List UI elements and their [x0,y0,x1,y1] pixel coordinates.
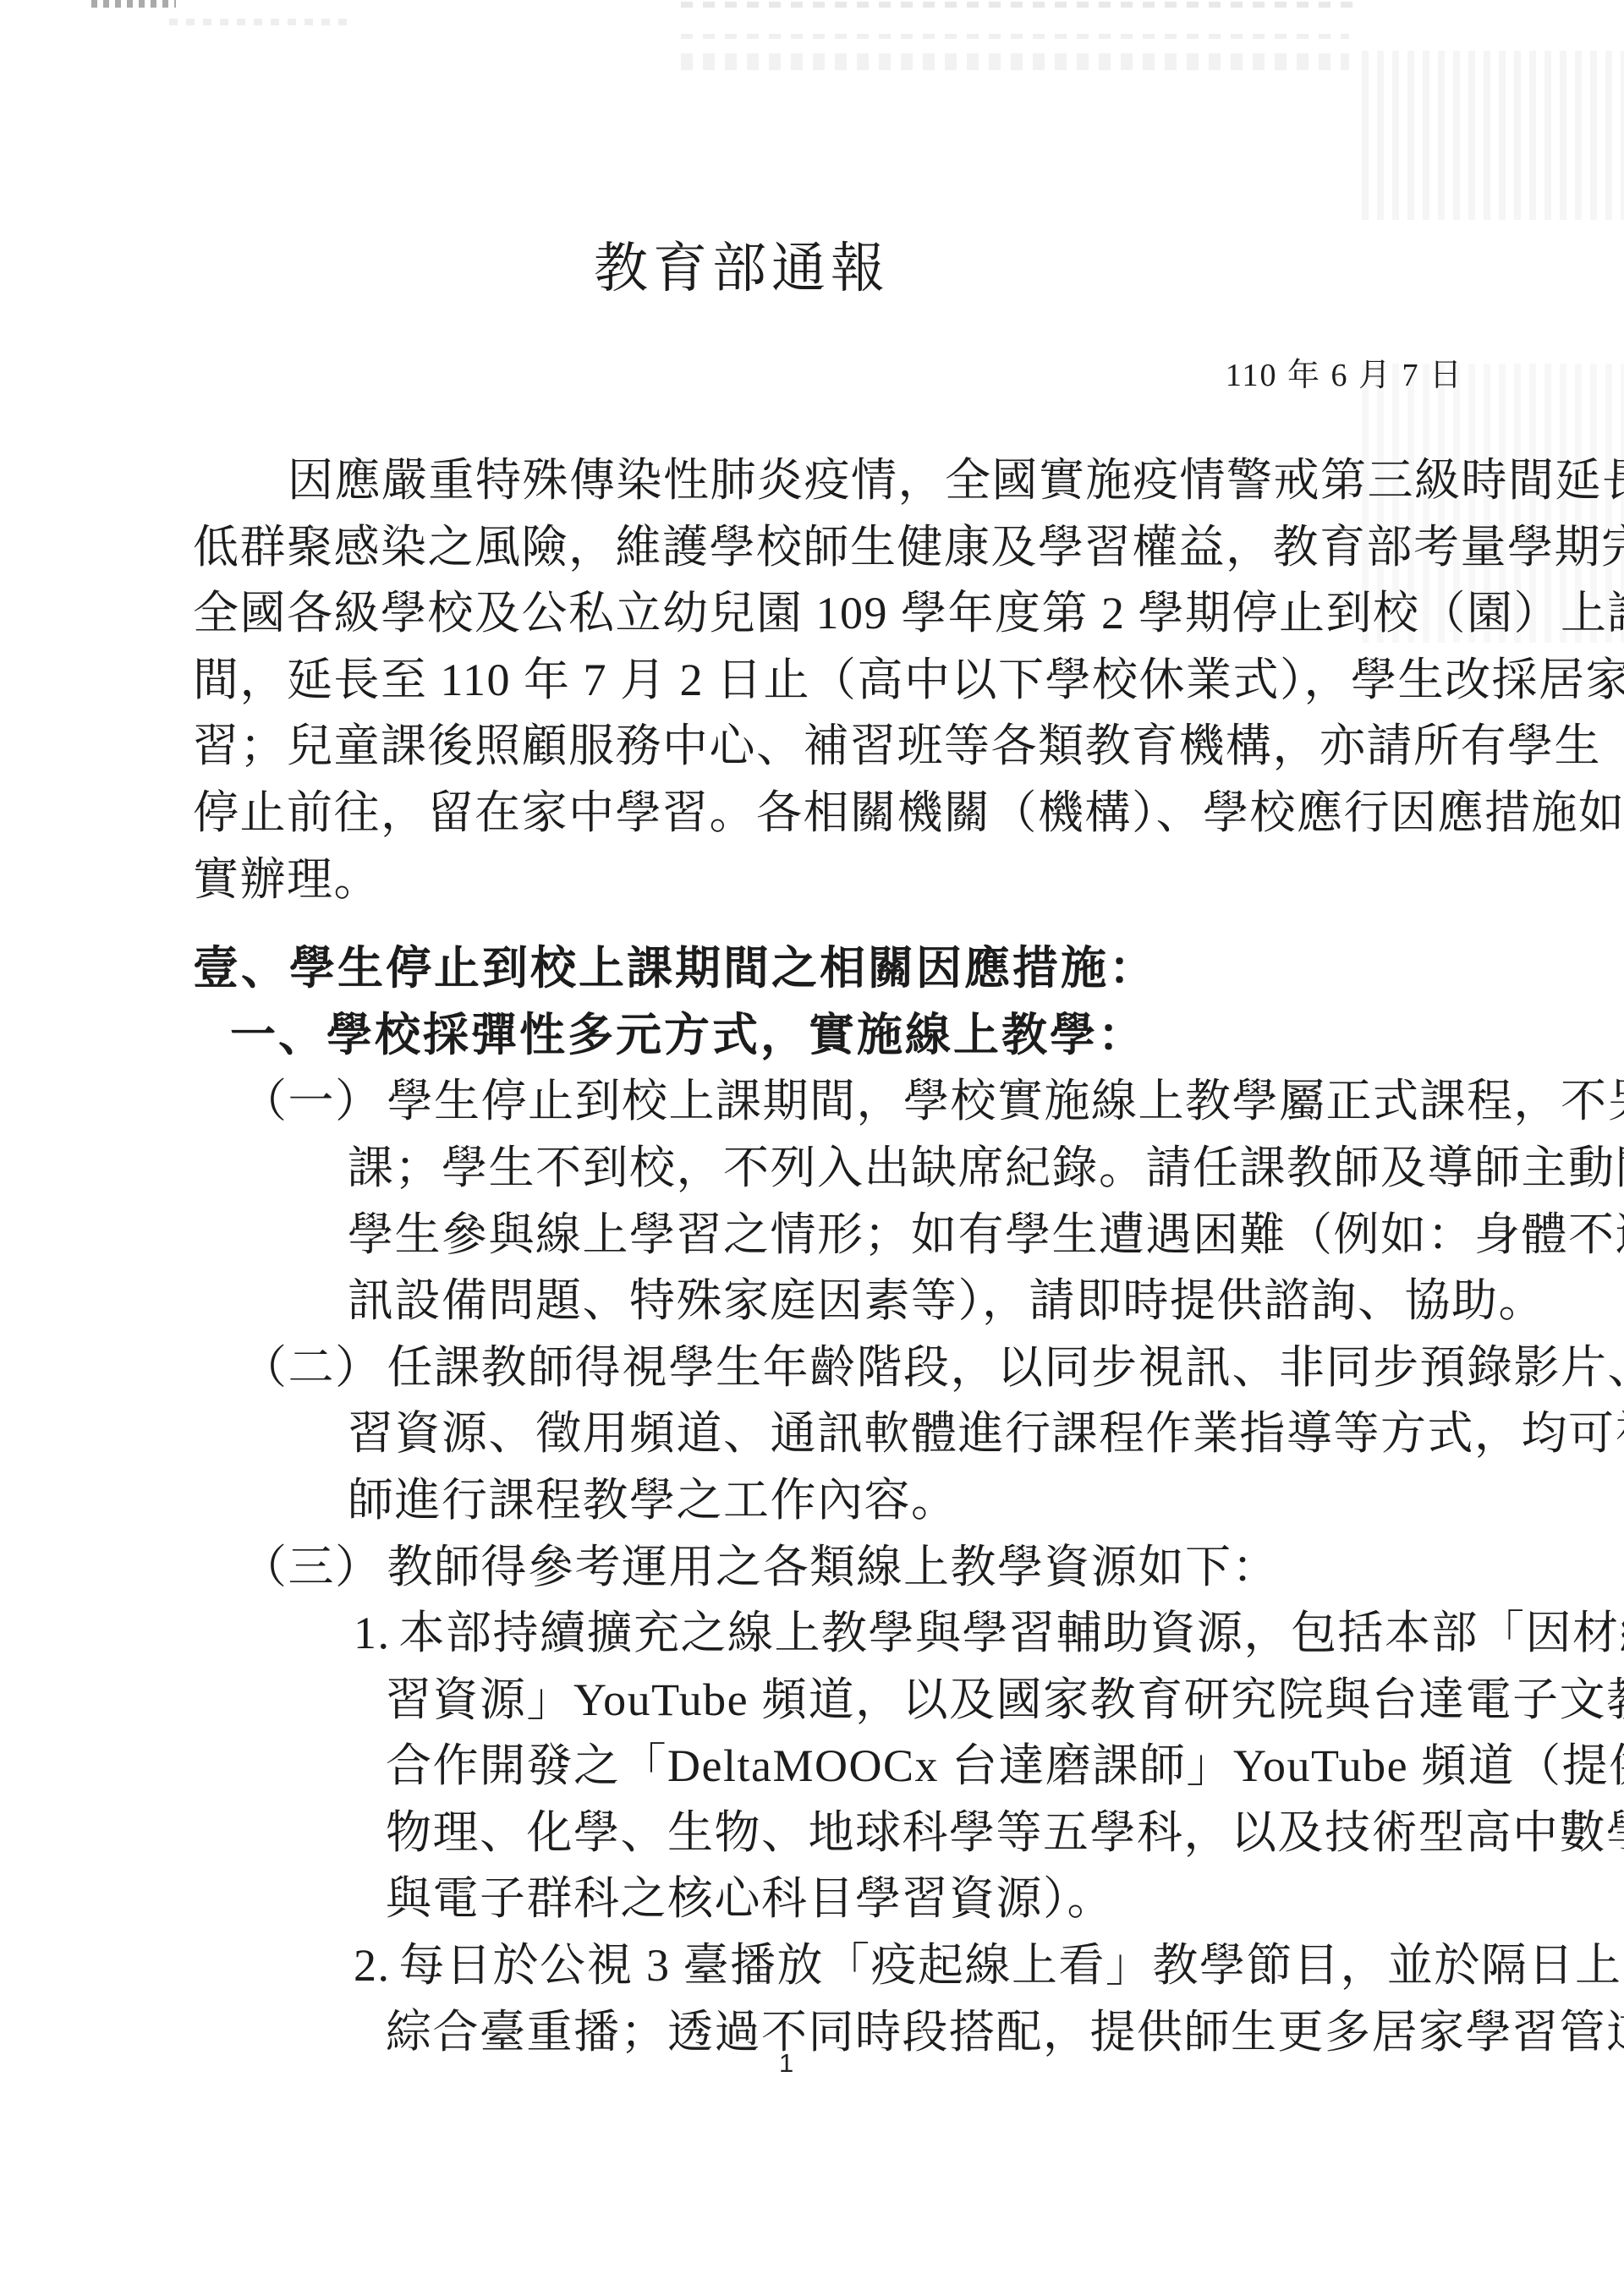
numbered-item: 1.本部持續擴充之線上教學與學習輔助資源，包括本部「因材網數位學 [193,1600,1563,1667]
list-item-continuation: 學生參與線上學習之情形；如有學生遭遇困難（例如：身體不適、資 [193,1202,1563,1269]
item-text: 學生停止到校上課期間，學校實施線上教學屬正式課程，不另行補 [387,1076,1624,1126]
scan-artifact [681,34,1349,39]
numbered-item-continuation: 與電子群科之核心科目學習資源）。 [193,1866,1563,1932]
item-number: 1. [354,1608,391,1658]
item-text: 教師得參考運用之各類線上教學資源如下： [387,1542,1280,1592]
numbered-item-continuation: 物理、化學、生物、地球科學等五學科，以及技術型高中數學、電機 [193,1800,1563,1866]
list-item-continuation: 課；學生不到校，不列入出缺席紀錄。請任課教師及導師主動關心各 [193,1135,1563,1202]
list-item-continuation: 習資源、徵用頻道、通訊軟體進行課程作業指導等方式，均可視為教 [193,1400,1563,1467]
list-item: （二）任課教師得視學生年齡階段，以同步視訊、非同步預錄影片、線上學 [193,1334,1563,1401]
item-text: 任課教師得視學生年齡階段，以同步視訊、非同步預錄影片、線上學 [387,1342,1624,1393]
intro-line: 習；兒童課後照顧服務中心、補習班等各類教育機構，亦請所有學生（學童） [193,713,1563,780]
item-marker: （一） [241,1076,382,1126]
list-item: （三）教師得參考運用之各類線上教學資源如下： [193,1534,1563,1601]
subsection-heading: 一、學校採彈性多元方式，實施線上教學： [193,1002,1563,1069]
numbered-item-continuation: 合作開發之「DeltaMOOCx 台達磨課師」YouTube 頻道（提供高中數學… [193,1733,1563,1800]
numbered-item-continuation: 習資源」YouTube 頻道，以及國家教育研究院與台達電子文教基金會 [193,1667,1563,1734]
scan-artifact [681,53,1349,70]
page-number: 1 [779,2048,793,2079]
item-text: 本部持續擴充之線上教學與學習輔助資源，包括本部「因材網數位學 [399,1608,1624,1658]
list-item-continuation: 師進行課程教學之工作內容。 [193,1467,1563,1534]
document-body: 因應嚴重特殊傳染性肺炎疫情，全國實施疫情警戒第三級時間延長，為降 低群聚感染之風… [193,447,1563,2065]
item-number: 2. [354,1940,391,1991]
intro-line: 低群聚感染之風險，維護學校師生健康及學習權益，教育部考量學期完整性， [193,514,1563,581]
intro-line: 間，延長至 110 年 7 月 2 日止（高中以下學校休業式），學生改採居家線上… [193,647,1563,714]
section-heading: 壹、學生停止到校上課期間之相關因應措施： [193,935,1563,1002]
intro-line: 因應嚴重特殊傳染性肺炎疫情，全國實施疫情警戒第三級時間延長，為降 [193,447,1563,514]
list-item-continuation: 訊設備問題、特殊家庭因素等），請即時提供諮詢、協助。 [193,1268,1563,1334]
document-title: 教育部通報 [594,225,890,303]
item-text: 每日於公視 3 臺播放「疫起線上看」教學節目，並於隔日上午於台視 [399,1940,1624,1991]
numbered-item: 2.每日於公視 3 臺播放「疫起線上看」教學節目，並於隔日上午於台視 [193,1932,1563,1999]
item-marker: （三） [241,1542,382,1592]
scan-artifact [169,19,347,25]
document-date: 110 年 6 月 7 日 [1226,348,1463,395]
numbered-item-continuation: 綜合臺重播；透過不同時段搭配，提供師生更多居家學習管道。 [193,1999,1563,2066]
scan-artifact [1362,51,1624,220]
list-item: （一）學生停止到校上課期間，學校實施線上教學屬正式課程，不另行補 [193,1068,1563,1135]
document-page: 教育部通報 110 年 6 月 7 日 因應嚴重特殊傳染性肺炎疫情，全國實施疫情… [0,0,1624,2296]
intro-line: 停止前往，留在家中學習。各相關機關（機構）、學校應行因應措施如下，請落 [193,780,1563,847]
intro-line: 實辦理。 [193,847,1563,913]
scan-artifact [681,2,1358,8]
scan-artifact [91,0,176,8]
item-marker: （二） [241,1342,382,1393]
intro-line: 全國各級學校及公私立幼兒園 109 學年度第 2 學期停止到校（園）上課之期 [193,580,1563,647]
